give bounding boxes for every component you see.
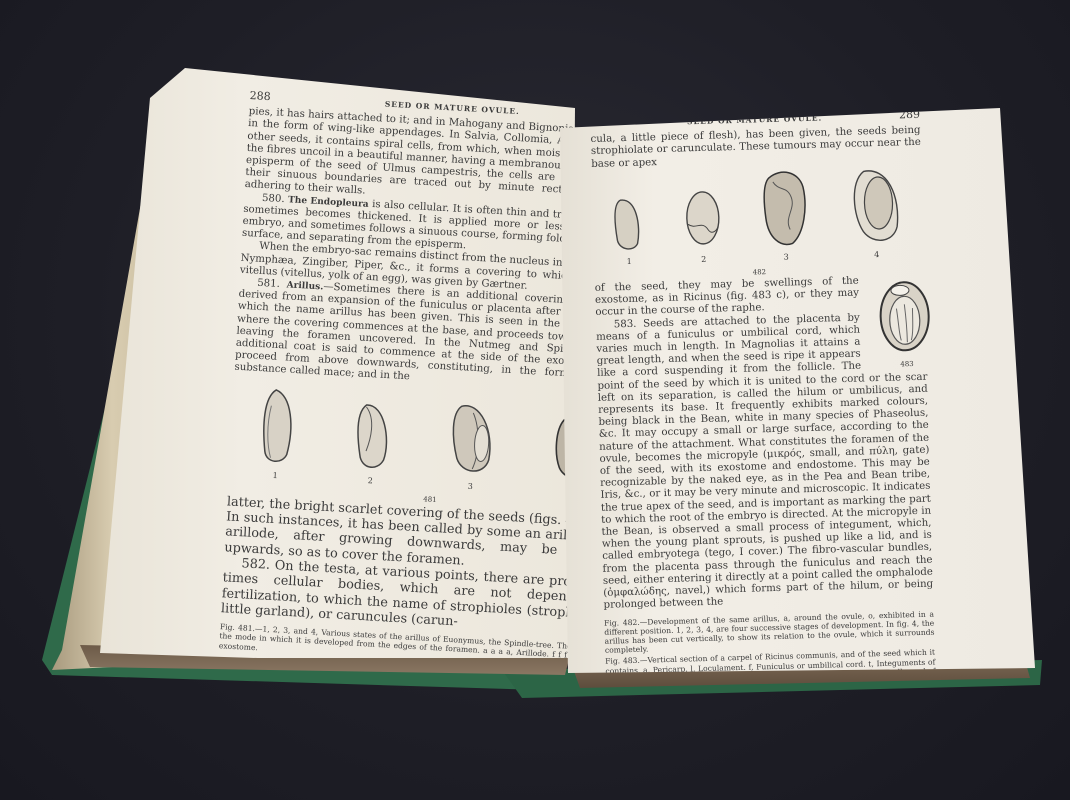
- figure-label: 1: [272, 470, 278, 482]
- figure-label: 3: [783, 251, 788, 263]
- figure-item: 3: [447, 398, 498, 495]
- figure-item: 1: [257, 386, 298, 484]
- figure-item: 4: [847, 166, 904, 262]
- left-page-content: 288 SEED OR MATURE OVULE. pies, it has h…: [219, 90, 575, 658]
- figure-caption-482: Fig. 482.—Development of the same arillu…: [604, 609, 935, 655]
- paragraph-581: 581. Arillus.—Sometimes there is an addi…: [234, 277, 575, 397]
- figure-item: 1: [612, 195, 644, 268]
- figure-label: 1: [627, 255, 632, 267]
- paragraph-text: —Sometimes there is an additional coveri…: [234, 281, 575, 383]
- figure-label: 3: [467, 481, 473, 493]
- figure-label: 2: [367, 476, 373, 488]
- paragraph-number: 580.: [262, 192, 285, 204]
- page-number: 288: [249, 90, 271, 103]
- figure-483: 483: [865, 273, 948, 372]
- figure-label: 2: [701, 253, 706, 265]
- ovule-illustration-icon: [847, 166, 903, 245]
- seed-illustration-icon: [351, 399, 395, 473]
- right-page-content: SEED OR MATURE OVULE. 289 cula, a little…: [590, 109, 937, 673]
- ovule-illustration-icon: [683, 189, 723, 250]
- figure-item: 2: [683, 189, 723, 266]
- ovule-illustration-icon: [761, 167, 809, 248]
- figure-item: 3: [761, 167, 810, 264]
- ovule-illustration-icon: [612, 195, 644, 252]
- carpel-section-illustration-icon: [870, 273, 942, 355]
- section-title: Arillus.: [286, 280, 323, 292]
- figure-482: 1 2 3 4: [592, 168, 924, 269]
- seed-illustration-icon: [258, 386, 298, 468]
- right-page: SEED OR MATURE OVULE. 289 cula, a little…: [560, 108, 1035, 673]
- figure-item: 2: [350, 399, 395, 489]
- seed-illustration-icon: [448, 398, 498, 478]
- paragraph-number: 581.: [257, 278, 280, 290]
- paragraph: cula, a little piece of flesh), has been…: [590, 125, 921, 171]
- left-page: 288 SEED OR MATURE OVULE. pies, it has h…: [100, 68, 575, 658]
- figure-label: 4: [874, 249, 879, 261]
- figure-number: 483: [867, 357, 947, 371]
